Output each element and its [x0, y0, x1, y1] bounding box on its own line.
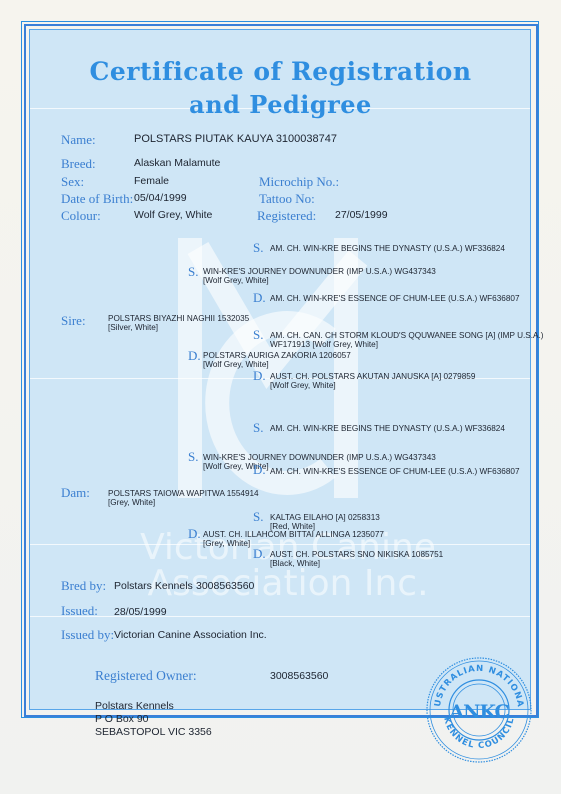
sss-mark: S.: [253, 240, 263, 256]
breed-label: Breed:: [61, 156, 96, 172]
sdd-mark: D.: [253, 368, 266, 384]
dds-mark: S.: [253, 509, 263, 525]
owner-address: Polstars Kennels P O Box 90 SEBASTOPOL V…: [95, 700, 212, 739]
dam-dam-sire: KALTAG EILAHO [A] 0258313 [Red, White]: [270, 513, 380, 531]
bred-by-label: Bred by:: [61, 578, 106, 594]
sire-sire-sire: AM. CH. WIN-KRE BEGINS THE DYNASTY (U.S.…: [270, 244, 505, 253]
sire-colour: [Silver, White]: [108, 323, 249, 332]
issued-by-value: Victorian Canine Association Inc.: [114, 629, 267, 641]
registered-owner-number: 3008563560: [270, 670, 328, 682]
sire-dam-dam: AUST. CH. POLSTARS AKUTAN JANUSKA [A] 02…: [270, 372, 475, 390]
dob-label: Date of Birth:: [61, 191, 133, 207]
fold-line: [30, 616, 530, 617]
sire-label: Sire:: [61, 313, 86, 329]
owner-address-line2: P O Box 90: [95, 713, 212, 726]
sire: POLSTARS BIYAZHI NAGHII 1532035 [Silver,…: [108, 314, 249, 332]
ssd-mark: D.: [253, 290, 266, 306]
sex-label: Sex:: [61, 174, 84, 190]
dam-colour: [Grey, White]: [108, 498, 259, 507]
sire-sire-colour: [Wolf Grey, White]: [203, 276, 436, 285]
dam-dam-colour: [Grey, White]: [203, 539, 384, 548]
issued-by-label: Issued by:: [61, 627, 114, 643]
dd-mark: D.: [188, 526, 201, 542]
microchip-label: Microchip No.:: [259, 174, 339, 190]
dam-dam-dam-name: AUST. CH. POLSTARS SNO NIKISKA 1085751: [270, 550, 443, 559]
ss-mark: S.: [188, 264, 198, 280]
dam-sire-name: WIN-KRE'S JOURNEY DOWNUNDER (IMP U.S.A.)…: [203, 453, 436, 462]
sire-dam-sire-name: AM. CH. CAN. CH STORM KLOUD'S QQUWANEE S…: [270, 331, 543, 340]
dog-name: POLSTARS PIUTAK KAUYA 3100038747: [134, 133, 337, 145]
sire-dam-sire-line2: WF171913 [Wolf Grey, White]: [270, 340, 543, 349]
sire-sire: WIN-KRE'S JOURNEY DOWNUNDER (IMP U.S.A.)…: [203, 267, 436, 285]
ankc-seal-icon: AUSTRALIAN NATIONAL KENNEL COUNCIL ANKC: [424, 655, 534, 765]
sire-dam-dam-name: AUST. CH. POLSTARS AKUTAN JANUSKA [A] 02…: [270, 372, 475, 381]
bred-by-number: 3008563560: [196, 580, 254, 592]
sex-value: Female: [134, 175, 169, 187]
dam-dam-dam-colour: [Black, White]: [270, 559, 443, 568]
dam-dam-dam: AUST. CH. POLSTARS SNO NIKISKA 1085751 […: [270, 550, 443, 568]
dss-mark: S.: [253, 420, 263, 436]
breed-value: Alaskan Malamute: [134, 157, 220, 169]
svg-text:ANKC: ANKC: [448, 701, 509, 723]
dam-dam-name: AUST. CH. ILLAHCOM BITTAI ALLINGA 123507…: [203, 530, 384, 539]
dam-dam-sire-name: KALTAG EILAHO [A] 0258313: [270, 513, 380, 522]
owner-address-line1: Polstars Kennels: [95, 700, 212, 713]
colour-value: Wolf Grey, White: [134, 209, 212, 221]
dam-label: Dam:: [61, 485, 90, 501]
ddd-mark: D.: [253, 546, 266, 562]
issued-label: Issued:: [61, 603, 98, 619]
certificate-subtitle: and Pedigree: [0, 90, 561, 119]
issued-value: 28/05/1999: [114, 606, 167, 618]
certificate-title: Certificate of Registration: [0, 57, 561, 86]
dam-sire-sire: AM. CH. WIN-KRE BEGINS THE DYNASTY (U.S.…: [270, 424, 505, 433]
sire-name: POLSTARS BIYAZHI NAGHII 1532035: [108, 314, 249, 323]
sire-dam-sire: AM. CH. CAN. CH STORM KLOUD'S QQUWANEE S…: [270, 331, 543, 349]
bred-by-value: Polstars Kennels: [114, 580, 193, 592]
dam-sire-dam: AM. CH. WIN-KRE'S ESSENCE OF CHUM-LEE (U…: [270, 467, 520, 476]
ds-mark: S.: [188, 449, 198, 465]
dsd-mark: D.: [253, 462, 266, 478]
registered-owner-label: Registered Owner:: [95, 668, 197, 684]
registered-label: Registered:: [257, 208, 316, 224]
tattoo-label: Tattoo No:: [259, 191, 315, 207]
dob-value: 05/04/1999: [134, 192, 187, 204]
sd-mark: D.: [188, 348, 201, 364]
sire-dam: POLSTARS AURIGA ZAKORIA 1206057 [Wolf Gr…: [203, 351, 351, 369]
sire-dam-colour: [Wolf Grey, White]: [203, 360, 351, 369]
dam-name: POLSTARS TAIOWA WAPITWA 1554914: [108, 489, 259, 498]
sire-dam-name: POLSTARS AURIGA ZAKORIA 1206057: [203, 351, 351, 360]
colour-label: Colour:: [61, 208, 101, 224]
registered-value: 27/05/1999: [335, 209, 388, 221]
sire-dam-dam-colour: [Wolf Grey, White]: [270, 381, 475, 390]
dam: POLSTARS TAIOWA WAPITWA 1554914 [Grey, W…: [108, 489, 259, 507]
owner-address-line3: SEBASTOPOL VIC 3356: [95, 726, 212, 739]
certificate-paper: Victorian Canine Association Inc. Certif…: [0, 0, 561, 794]
sds-mark: S.: [253, 327, 263, 343]
sire-sire-name: WIN-KRE'S JOURNEY DOWNUNDER (IMP U.S.A.)…: [203, 267, 436, 276]
dam-dam: AUST. CH. ILLAHCOM BITTAI ALLINGA 123507…: [203, 530, 384, 548]
name-label: Name:: [61, 132, 96, 148]
sire-sire-dam: AM. CH. WIN-KRE'S ESSENCE OF CHUM-LEE (U…: [270, 294, 520, 303]
